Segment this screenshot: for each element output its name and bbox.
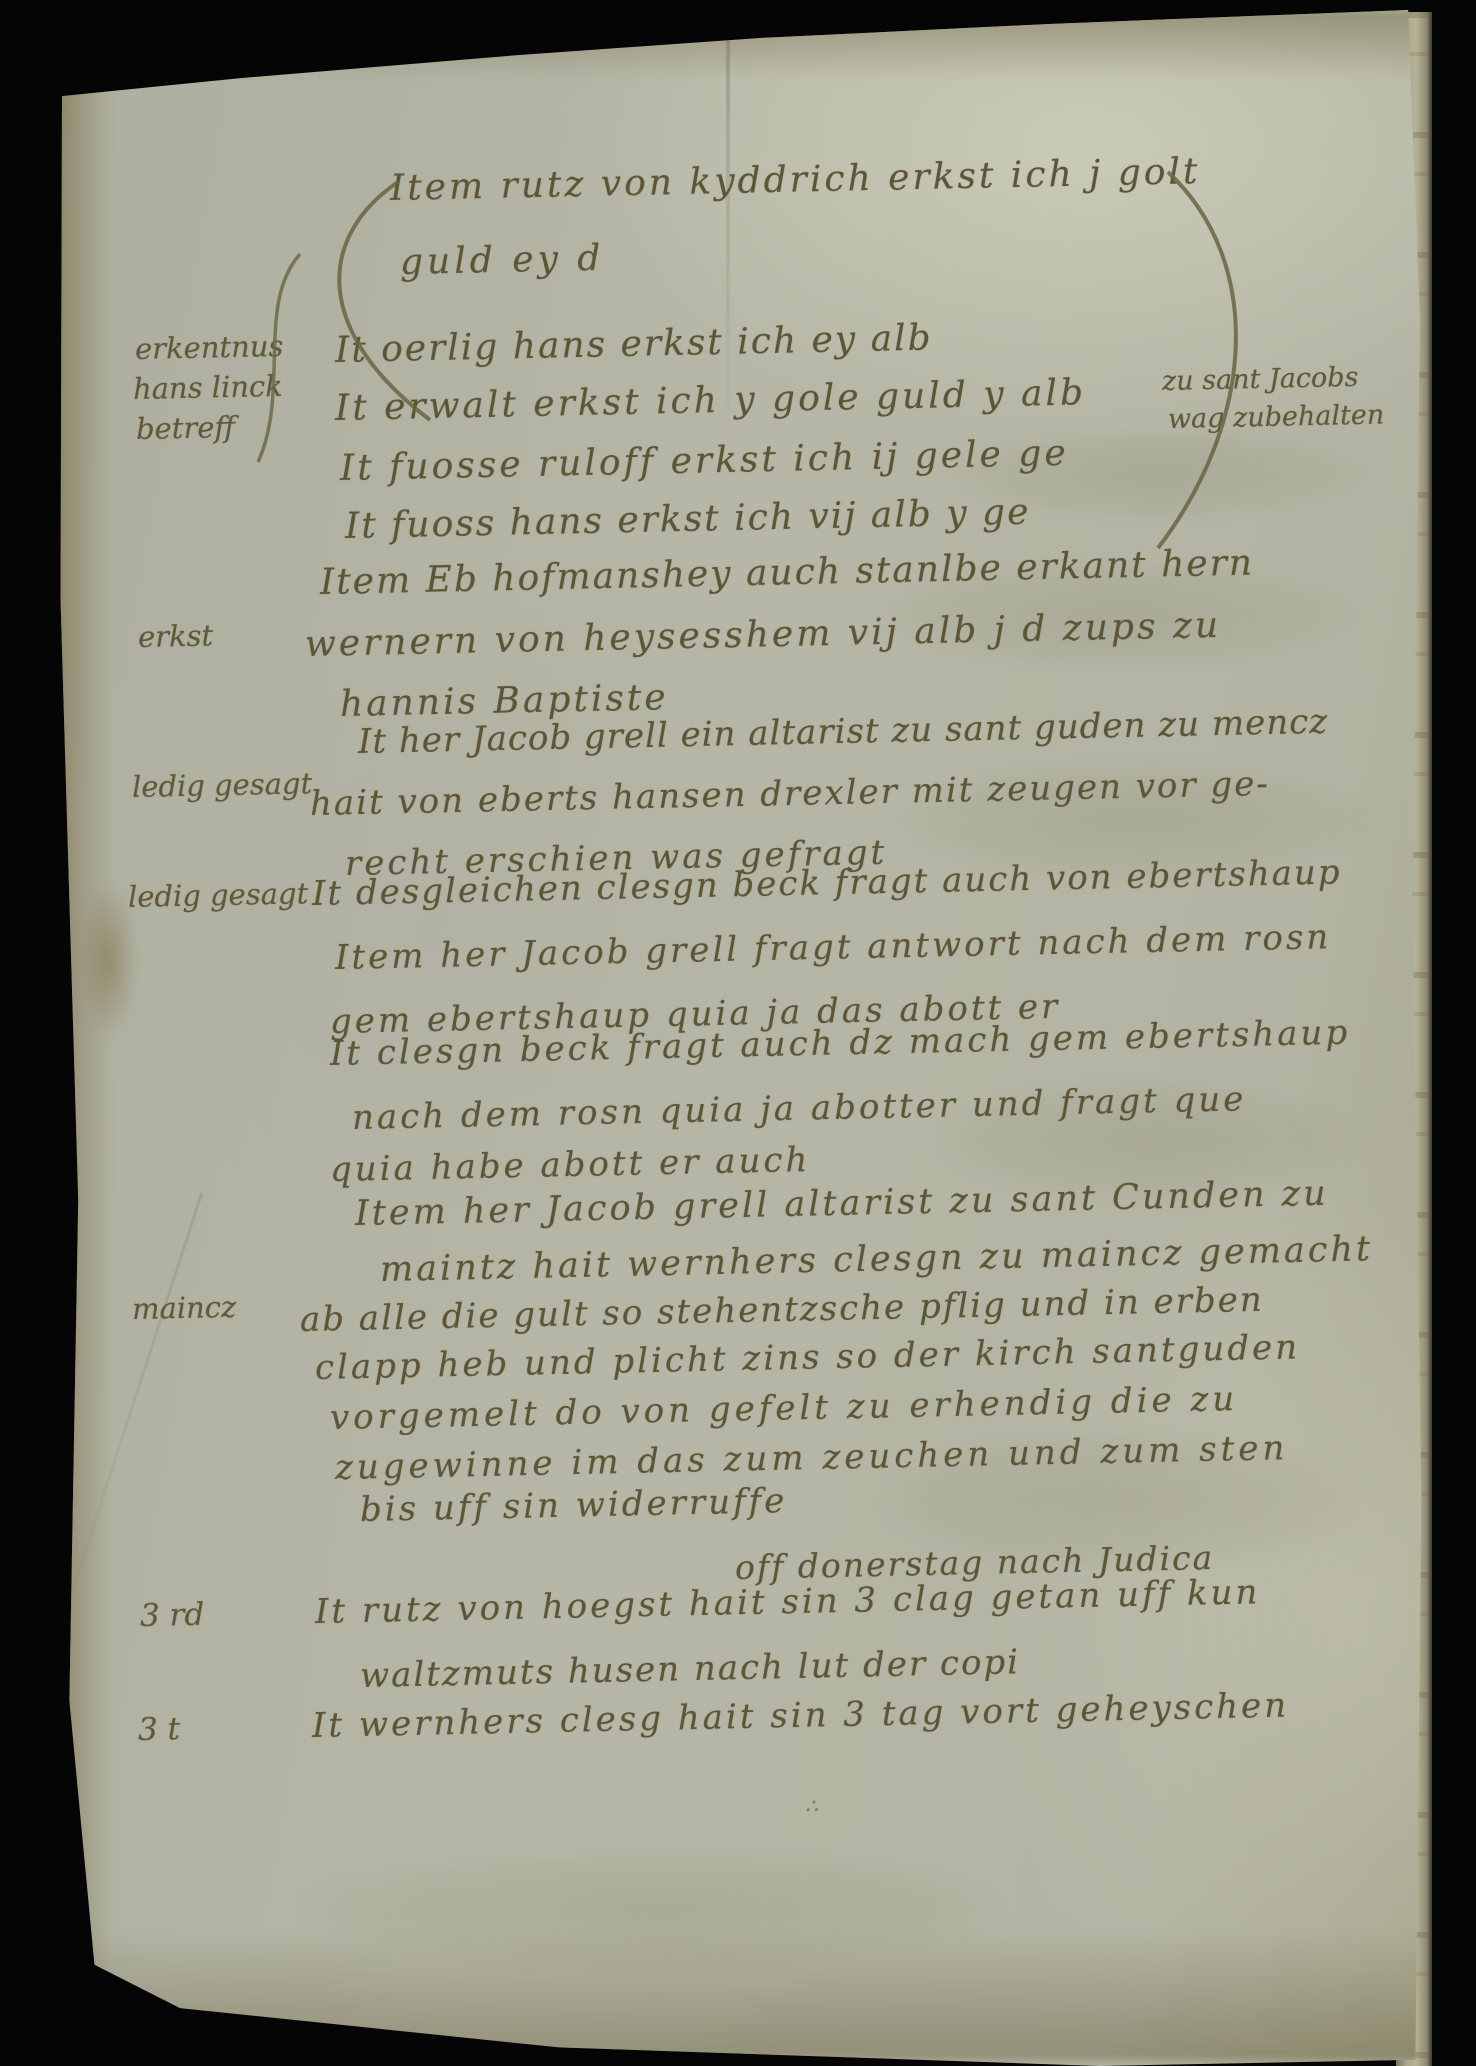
text-line: It wernhers clesg hait sin 3 tag vort ge… — [312, 1686, 1290, 1746]
margin-note: ledig gesagt — [132, 766, 313, 804]
bleedthrough-shading — [300, 1850, 1000, 1970]
margin-note: ledig gesagt — [128, 876, 309, 914]
margin-note: maincz — [132, 1290, 237, 1326]
manuscript-photo: Item rutz von kyddrich erkst ich j golt … — [0, 0, 1476, 2066]
stray-ink-mark: ∴ — [805, 1794, 818, 1818]
text-line: Item rutz von kyddrich erkst ich j golt — [390, 151, 1201, 209]
text-line: bis uff sin widerruffe — [360, 1481, 788, 1530]
text-line: Item Eb hofmanshey auch stanlbe erkant h… — [320, 542, 1255, 603]
text-line: zugewinne im das zum zeuchen und zum ste… — [335, 1428, 1289, 1488]
margin-note: betreff — [136, 410, 236, 446]
margin-note: erkentnus — [135, 329, 284, 366]
text-line: waltzmuts husen nach lut der copi — [360, 1642, 1021, 1696]
text-line: wernern von heysesshem vij alb j d zups … — [305, 605, 1222, 665]
margin-note: hans linck — [133, 369, 283, 406]
text-line: Item her Jacob grell fragt antwort nach … — [335, 917, 1332, 978]
bottom-edge-stain — [60, 1930, 1420, 2060]
text-line: It rutz von hoegst hait sin 3 clag getan… — [315, 1572, 1261, 1632]
text-line: It oerlig hans erkst ich ey alb — [335, 317, 933, 371]
text-line: It fuoss hans erkst ich vij alb y ge — [345, 492, 1031, 547]
text-line: vorgemelt do von gefelt zu erhendig die … — [330, 1379, 1239, 1438]
text-line: quia habe abott er auch — [330, 1140, 811, 1190]
left-edge-stain — [52, 85, 112, 2015]
text-line: nach dem rosn quia ja abotter und fragt … — [352, 1079, 1247, 1138]
top-edge-stain — [56, 10, 1416, 80]
text-line: It fuosse ruloff erkst ich ij gele ge — [340, 433, 1069, 489]
margin-note: 3 t — [138, 1711, 181, 1748]
margin-note: 3 rd — [140, 1597, 205, 1634]
margin-note-right: zu sant Jacobs — [1162, 362, 1359, 397]
text-line: It erwalt erkst ich y gole guld y alb — [335, 372, 1087, 429]
margin-note: erkst — [138, 618, 214, 654]
text-line: hait von eberts hansen drexler mit zeuge… — [310, 764, 1271, 824]
text-line: guld ey d — [400, 238, 605, 283]
vertical-crease — [726, 20, 730, 440]
margin-note-right: wag zubehalten — [1168, 399, 1385, 435]
manuscript-page: Item rutz von kyddrich erkst ich j golt … — [0, 0, 1476, 2066]
